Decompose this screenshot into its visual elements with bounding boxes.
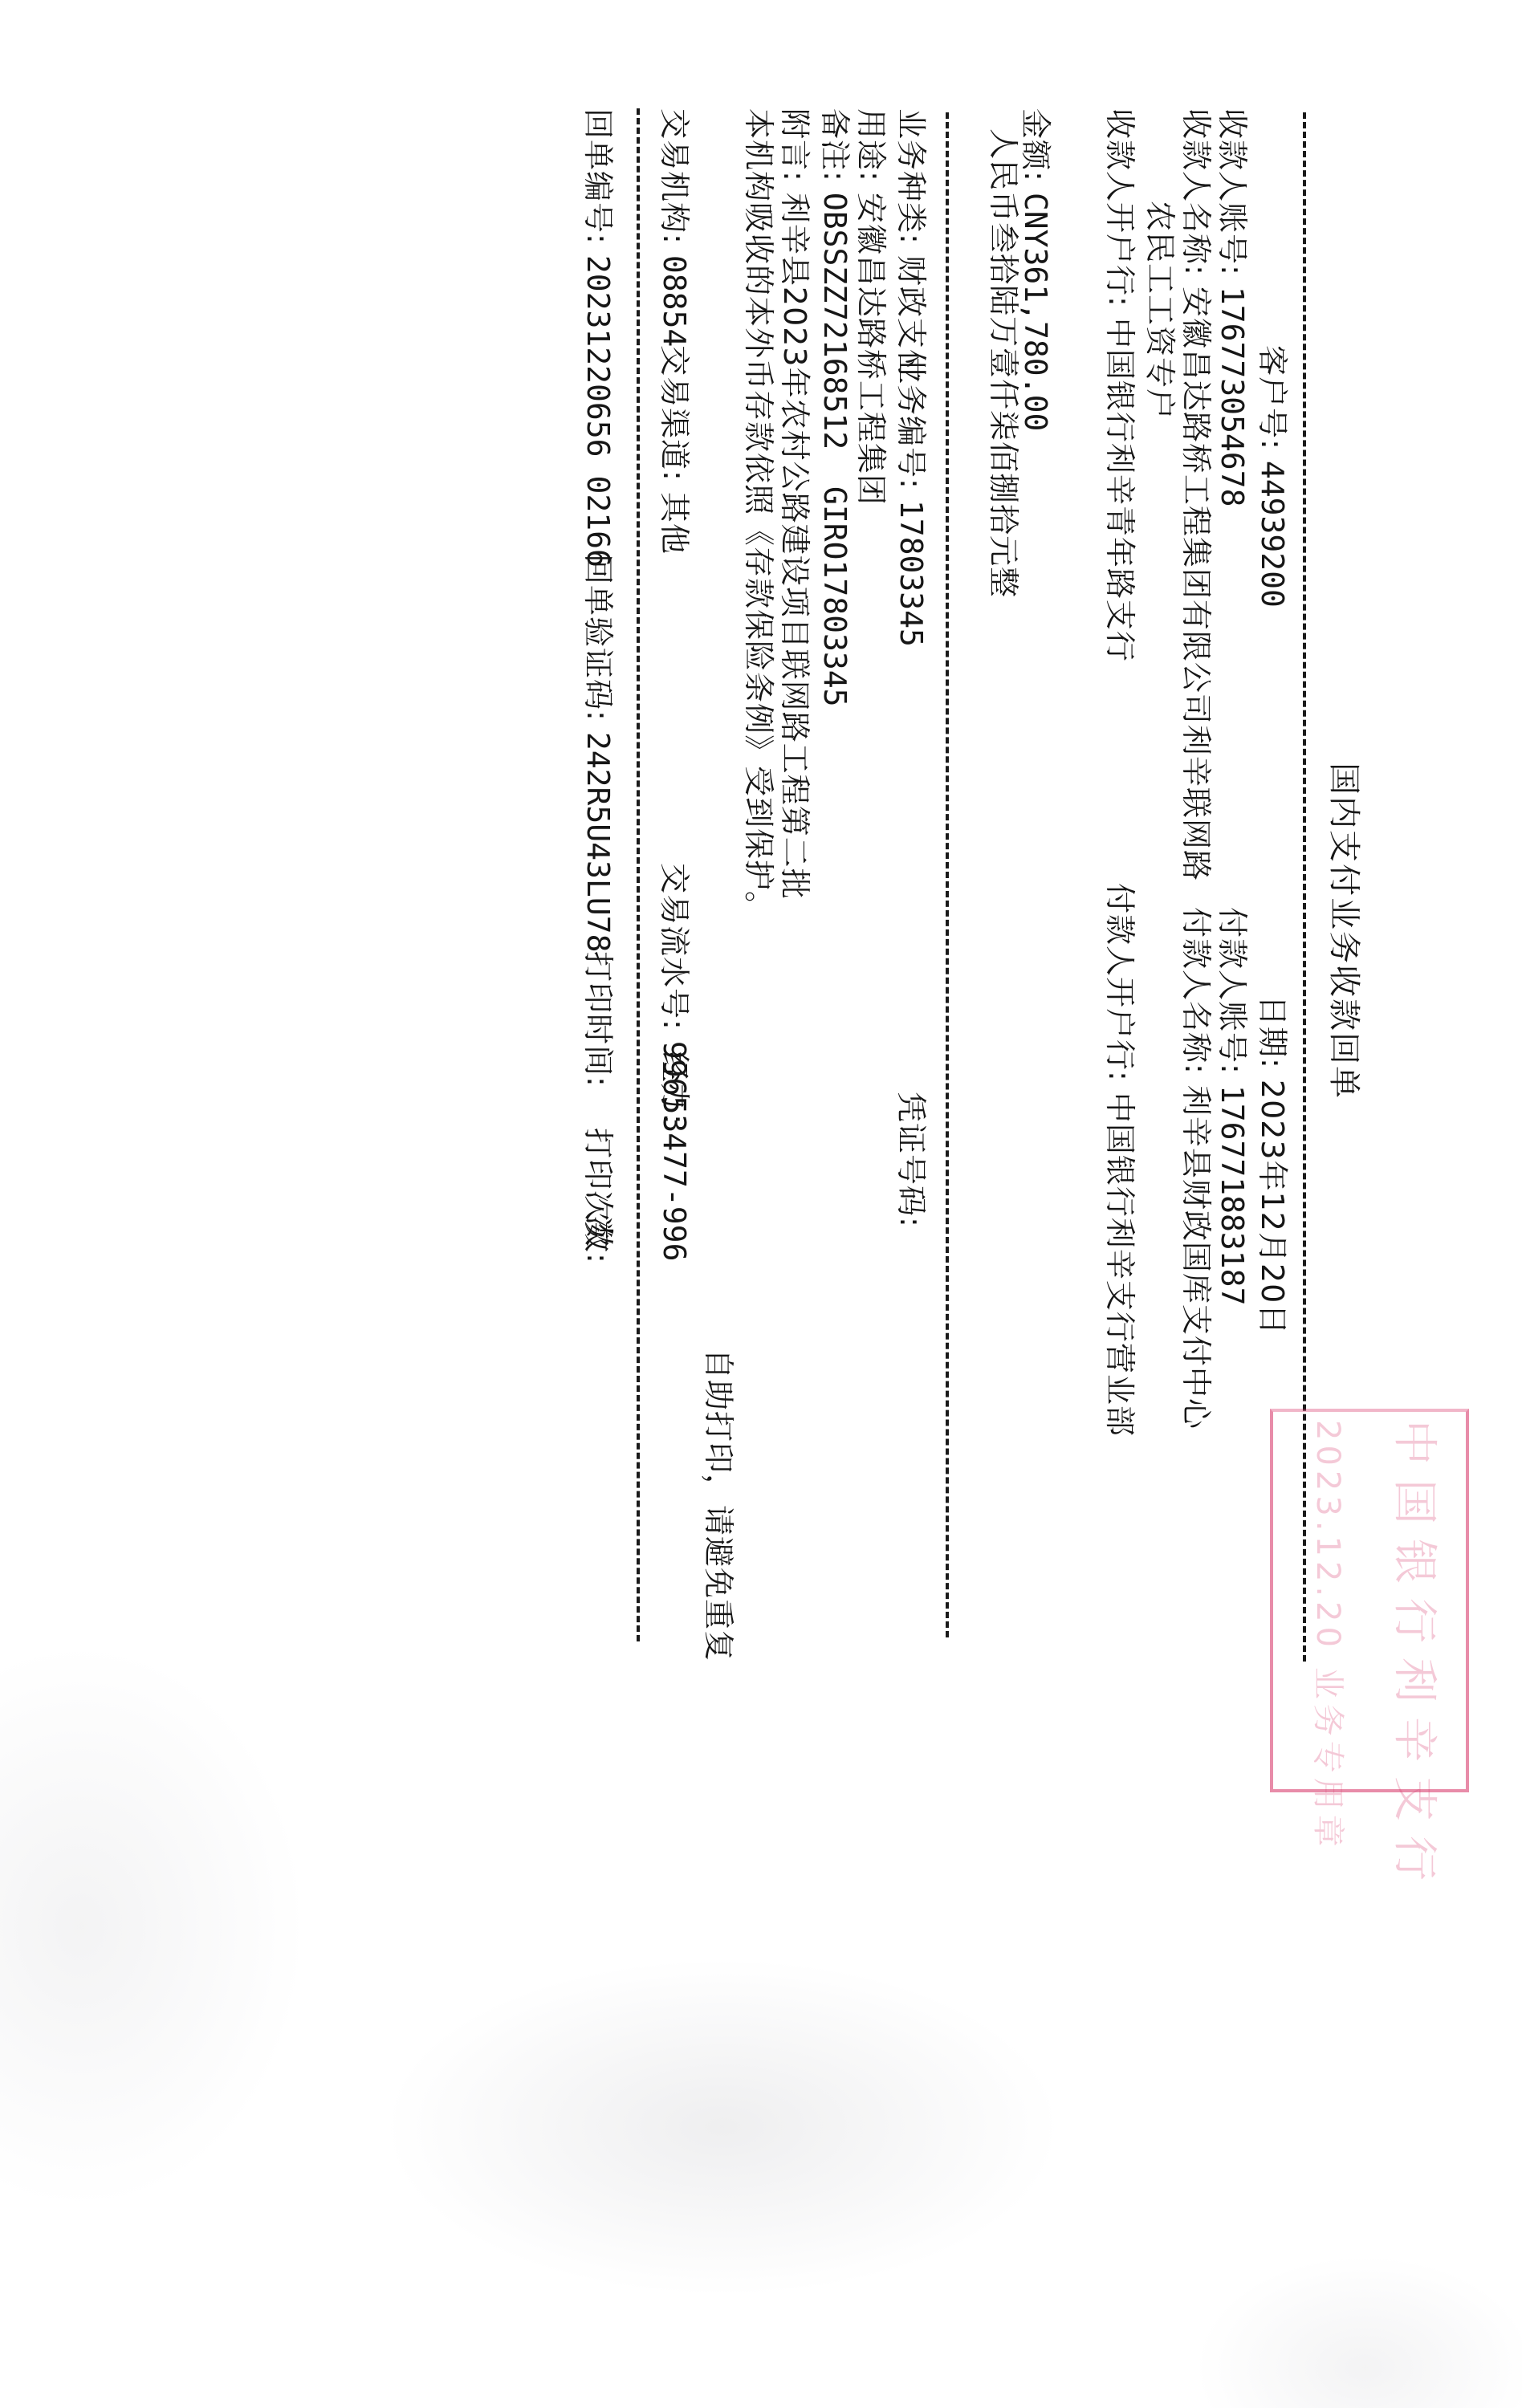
amount: 金额: CNY361,780.00 [1018, 108, 1053, 431]
receipt-title: 国内支付业务收款回单 [1326, 763, 1361, 1100]
amount-label: 金额: [1018, 108, 1053, 182]
payee-bank-label: 收款人开户行: [1102, 108, 1137, 307]
transaction-institution: 交易机构: 08854 [657, 108, 692, 347]
date-label: 日期: [1255, 995, 1290, 1069]
channel-value: 其他 [657, 492, 692, 555]
verify-code-value: 242R5U43LU78 [580, 732, 616, 953]
handler-label: 经办: [657, 1051, 692, 1125]
payer-bank-label: 付款人开户行: [1102, 883, 1137, 1082]
voucher-no: 凭证号码: [893, 1092, 929, 1228]
institution-value: 08854 [657, 255, 692, 347]
self-print-notice: 自助打印，请避免重复 [701, 1348, 736, 1662]
amount-in-words: 人民币叁拾陆万壹仟柒佰捌拾元整 [986, 128, 1021, 598]
bank-stamp: 中国银行利辛支行 2023.12.20 业务专用章 [1270, 1409, 1469, 1792]
print-time-label: 打印时间: [580, 951, 616, 1088]
payer-account-value: 176771883187 [1215, 1085, 1250, 1306]
customer-no: 客户号: 44939200 [1255, 345, 1290, 608]
payee-account-value: 176773054678 [1215, 287, 1250, 507]
payee-name-value: 安徽昌达路桥工程集团有限公司利辛联网路 [1178, 287, 1214, 881]
verify-code-label: 回单验证码: [580, 554, 616, 722]
receipt-no-value: 20231220656 02166 [580, 255, 616, 567]
payer-bank: 付款人开户行: 中国银行利辛支行营业部 [1102, 883, 1137, 1437]
receipt-no: 回单编号: 20231220656 02166 [580, 108, 616, 567]
transaction-channel: 交易渠道: 其他 [657, 345, 692, 555]
middle-dashed-divider [946, 112, 949, 1637]
payer-account-label: 付款人账号: [1215, 907, 1250, 1075]
channel-label: 交易渠道: [657, 345, 692, 482]
payee-bank-value: 中国银行利辛青年路支行 [1102, 318, 1137, 662]
business-no-value: 17803345 [893, 500, 929, 647]
purpose-value: 安徽昌达路桥工程集团 [853, 193, 889, 506]
stamp-text-line-2: 2023.12.20 业务专用章 [1308, 1420, 1353, 1852]
handler: 经办: [657, 1051, 692, 1125]
institution-label: 交易机构: [657, 108, 692, 245]
payee-name-label: 收款人名称: [1178, 108, 1214, 276]
print-count-unit: 次 [580, 1216, 616, 1247]
payer-name-label: 付款人名称: [1178, 907, 1214, 1075]
remark-value: OBSSZZ72168512 GIRO17803345 [817, 193, 853, 707]
amount-value: CNY361,780.00 [1018, 193, 1053, 431]
payment-receipt: 国内支付业务收款回单 客户号: 44939200 日期: 2023年12月20日… [0, 0, 1522, 2408]
business-no: 业务编号: 17803345 [893, 353, 929, 647]
date-value: 2023年12月20日 [1255, 1080, 1290, 1335]
payer-bank-value: 中国银行利辛支行营业部 [1102, 1092, 1137, 1437]
voucher-no-label: 凭证号码: [893, 1092, 929, 1228]
payer-account: 付款人账号: 176771883187 [1215, 907, 1250, 1305]
payer-name: 付款人名称: 利辛县财政国库支付中心 [1178, 907, 1214, 1430]
payer-name-value: 利辛县财政国库支付中心 [1178, 1085, 1214, 1430]
print-time: 打印时间: [580, 951, 616, 1088]
payee-account-label: 收款人账号: [1215, 108, 1250, 276]
postscript-label: 附言: [777, 108, 812, 182]
serial-label: 交易流水号: [657, 863, 692, 1031]
remark: 备注: OBSSZZ72168512 GIRO17803345 [817, 108, 853, 707]
stamp-text-line-1: 中国银行利辛支行 [1386, 1420, 1450, 1895]
postscript-value: 利辛县2023年农村公路建设项目联网路工程第二批 [777, 193, 812, 900]
receipt-no-label: 回单编号: [580, 108, 616, 245]
deposit-insurance-notice: 本机构吸收的本外币存款依照《存款保险条例》受到保护。 [741, 108, 776, 922]
business-type-label: 业务种类: [893, 108, 929, 245]
postscript: 附言: 利辛县2023年农村公路建设项目联网路工程第二批 [777, 108, 812, 900]
date: 日期: 2023年12月20日 [1255, 995, 1290, 1335]
payee-name: 收款人名称: 安徽昌达路桥工程集团有限公司利辛联网路 [1178, 108, 1214, 881]
business-no-label: 业务编号: [893, 353, 929, 490]
bottom-dashed-divider [637, 108, 640, 1641]
business-type: 业务种类: 财政支付 [893, 108, 929, 380]
customer-no-label: 客户号: [1255, 345, 1290, 450]
payee-name-continued: 农民工工资专户 [1142, 201, 1178, 420]
customer-no-value: 44939200 [1255, 461, 1290, 608]
payee-bank: 收款人开户行: 中国银行利辛青年路支行 [1102, 108, 1137, 662]
payee-account: 收款人账号: 176773054678 [1215, 108, 1250, 506]
verify-code: 回单验证码: 242R5U43LU78 [580, 554, 616, 952]
purpose-label: 用途: [853, 108, 889, 182]
purpose: 用途: 安徽昌达路桥工程集团 [853, 108, 889, 506]
remark-label: 备注: [817, 108, 853, 182]
